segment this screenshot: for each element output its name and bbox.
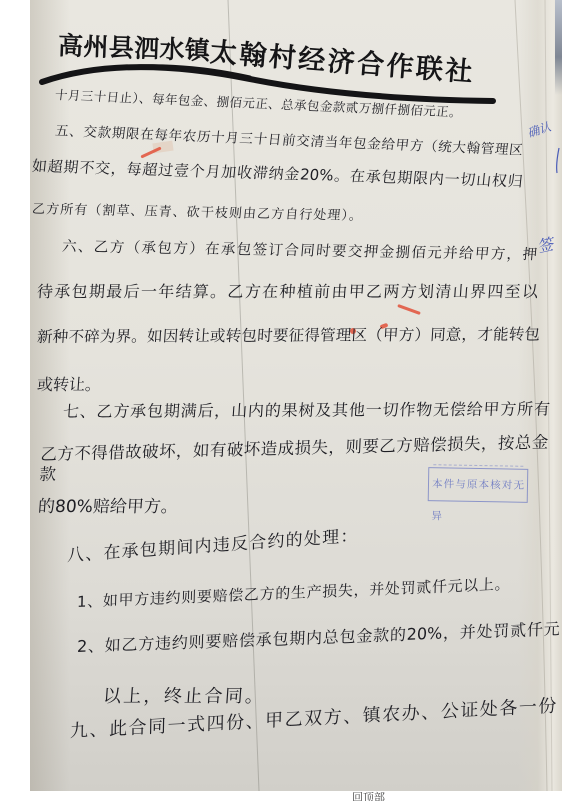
back-to-top-link[interactable]: 回顶部 xyxy=(352,791,385,801)
document-photo: 高州县泗水镇 太翰村经济合作联社 十月三十日止）、每年包金、捌佰元正、总承包金款… xyxy=(30,0,562,791)
margin-stroke xyxy=(30,0,562,791)
